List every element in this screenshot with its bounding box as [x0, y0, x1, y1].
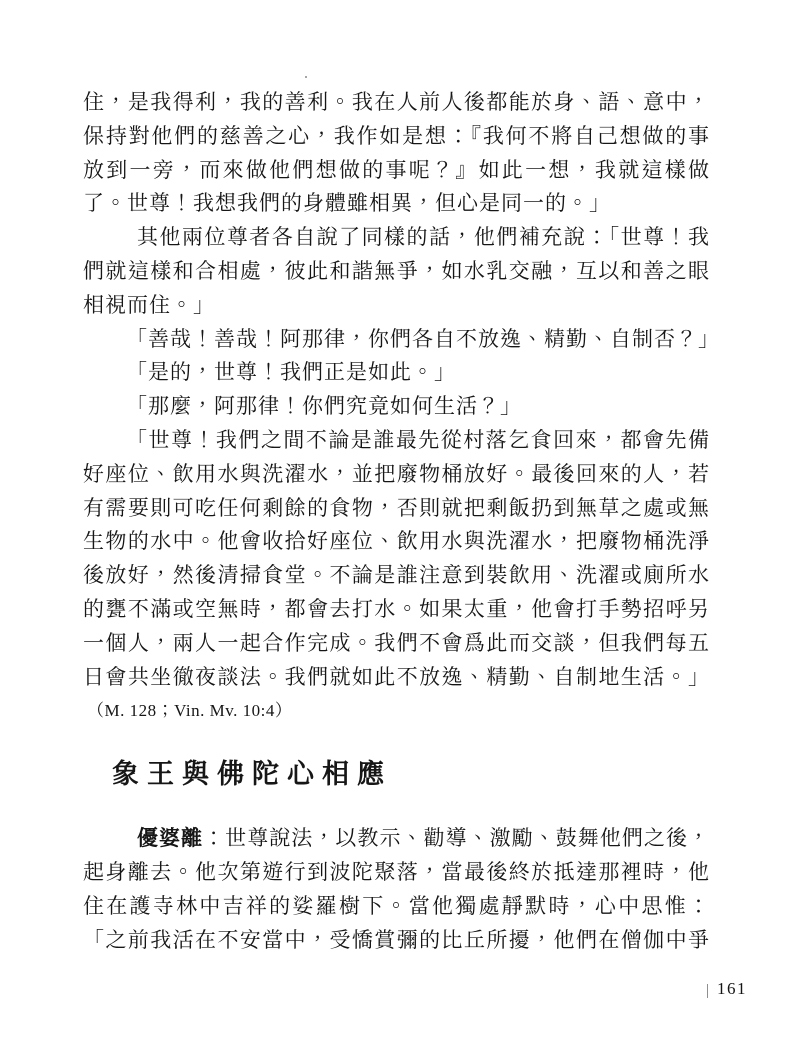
body-line: 日會共坐徹夜談法。我們就如此不放逸、精勤、自制地生活。」	[83, 661, 710, 695]
page-number: 161	[717, 979, 747, 999]
body-line: 「那麼，阿那律！你們究竟如何生活？」	[83, 390, 710, 424]
body-line: 「之前我活在不安當中，受憍賞彌的比丘所擾，他們在僧伽中爭	[83, 924, 710, 958]
body-line: 相視而住。」	[83, 289, 710, 323]
body-line: 保持對他們的慈善之心，我作如是想：『我何不將自己想做的事	[83, 120, 710, 154]
body-line: 一個人，兩人一起合作完成。我們不會爲此而交談，但我們每五	[83, 627, 710, 661]
body-line: 其他兩位尊者各自說了同樣的話，他們補充說：「世尊！我	[83, 221, 710, 255]
body-line: 起身離去。他次第遊行到波陀聚落，當最後終於抵達那裡時，他	[83, 856, 710, 890]
print-speck	[305, 76, 307, 78]
body-line: 好座位、飲用水與洗濯水，並把廢物桶放好。最後回來的人，若	[83, 458, 710, 492]
text-block: 住，是我得利，我的善利。我在人前人後都能於身、語、意中， 保持對他們的慈善之心，…	[83, 86, 710, 957]
scripture-citation: （M. 128；Vin. Mv. 10:4）	[83, 694, 710, 728]
body-line: 住，是我得利，我的善利。我在人前人後都能於身、語、意中，	[83, 86, 710, 120]
body-line: 「是的，世尊！我們正是如此。」	[83, 356, 710, 390]
body-line: 了。世尊！我想我們的身體雖相異，但心是同一的。」	[83, 187, 710, 221]
body-line: 生物的水中。他會收拾好座位、飲用水與洗濯水，把廢物桶洗淨	[83, 525, 710, 559]
body-line: 的甕不滿或空無時，都會去打水。如果太重，他會打手勢招呼另	[83, 593, 710, 627]
speaker-name: 優婆離	[137, 826, 203, 850]
body-line: 後放好，然後清掃食堂。不論是誰注意到裝飲用、洗濯或廁所水	[83, 559, 710, 593]
body-line: 優婆離：世尊說法，以教示、勸導、激勵、鼓舞他們之後，	[83, 822, 710, 856]
body-line: 住在護寺林中吉祥的娑羅樹下。當他獨處靜默時，心中思惟：	[83, 890, 710, 924]
body-line-text: ：世尊說法，以教示、勸導、激勵、鼓舞他們之後，	[203, 826, 710, 850]
body-line: 放到一旁，而來做他們想做的事呢？』如此一想，我就這樣做	[83, 154, 710, 188]
narration-paragraph: 優婆離：世尊說法，以教示、勸導、激勵、鼓舞他們之後， 起身離去。他次第遊行到波陀…	[83, 822, 710, 957]
body-line: 有需要則可吃任何剩餘的食物，否則就把剩飯扔到無草之處或無	[83, 492, 710, 526]
book-page: 住，是我得利，我的善利。我在人前人後都能於身、語、意中， 保持對他們的慈善之心，…	[0, 0, 792, 1056]
section-heading: 象王與佛陀心相應	[83, 754, 710, 794]
body-line: 「善哉！善哉！阿那律，你們各自不放逸、精勤、自制否？」	[83, 323, 710, 357]
body-line: 們就這樣和合相處，彼此和諧無爭，如水乳交融，互以和善之眼	[83, 255, 710, 289]
page-number-divider	[707, 984, 708, 998]
body-line: 「世尊！我們之間不論是誰最先從村落乞食回來，都會先備	[83, 424, 710, 458]
